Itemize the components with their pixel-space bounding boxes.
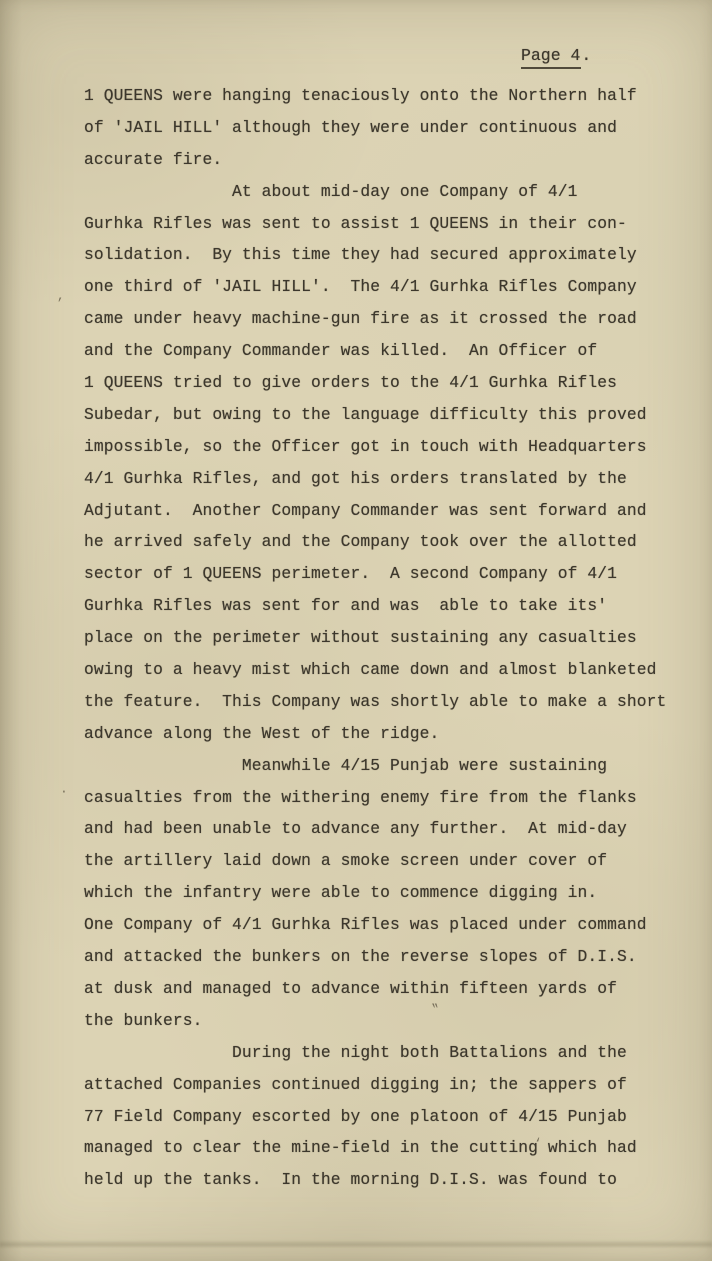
text-line: attached Companies continued digging in;… [84,1069,674,1101]
text-line: At about mid-day one Company of 4/1 [84,176,674,208]
text-line: Adjutant. Another Company Commander was … [84,495,674,527]
text-line: at dusk and managed to advance within fi… [84,973,674,1005]
text-line: sector of 1 QUEENS perimeter. A second C… [84,558,674,590]
text-line: casualties from the withering enemy fire… [84,782,674,814]
text-line: which the infantry were able to commence… [84,877,674,909]
text-line: and the Company Commander was killed. An… [84,335,674,367]
page-number-period: . [581,46,591,65]
text-line: solidation. By this time they had secure… [84,239,674,271]
text-line: Meanwhile 4/15 Punjab were sustaining [84,750,674,782]
text-line: Gurhka Rifles was sent to assist 1 QUEEN… [84,208,674,240]
page-number-label: Page 4 [521,46,581,69]
text-line: impossible, so the Officer got in touch … [84,431,674,463]
text-line: held up the tanks. In the morning D.I.S.… [84,1164,674,1196]
text-line: and attacked the bunkers on the reverse … [84,941,674,973]
text-line: 1 QUEENS tried to give orders to the 4/1… [84,367,674,399]
scan-bottom-shadow [0,1240,712,1248]
document-body: 1 QUEENS were hanging tenaciously onto t… [84,80,674,1196]
text-line: 1 QUEENS were hanging tenaciously onto t… [84,80,674,112]
text-line: the bunkers. [84,1005,674,1037]
text-line: Gurhka Rifles was sent for and was able … [84,590,674,622]
text-line: the artillery laid down a smoke screen u… [84,845,674,877]
text-line: managed to clear the mine-field in the c… [84,1132,674,1164]
text-line: place on the perimeter without sustainin… [84,622,674,654]
text-line: advance along the West of the ridge. [84,718,674,750]
text-line: During the night both Battalions and the [84,1037,674,1069]
text-line: One Company of 4/1 Gurhka Rifles was pla… [84,909,674,941]
text-line: and had been unable to advance any furth… [84,813,674,845]
stray-mark: ’ [56,296,64,311]
text-line: of 'JAIL HILL' although they were under … [84,112,674,144]
text-line: Subedar, but owing to the language diffi… [84,399,674,431]
text-line: 77 Field Company escorted by one platoon… [84,1101,674,1133]
text-line: he arrived safely and the Company took o… [84,526,674,558]
scan-edge-shadow [0,0,22,1261]
text-line: the feature. This Company was shortly ab… [84,686,674,718]
document-page: Page 4. 1 QUEENS were hanging tenaciousl… [0,0,712,1261]
text-line: owing to a heavy mist which came down an… [84,654,674,686]
text-line: one third of 'JAIL HILL'. The 4/1 Gurhka… [84,271,674,303]
text-line: 4/1 Gurhka Rifles, and got his orders tr… [84,463,674,495]
page-number: Page 4. [521,46,591,69]
text-line: accurate fire. [84,144,674,176]
stray-mark: · [60,784,68,799]
text-line: came under heavy machine-gun fire as it … [84,303,674,335]
